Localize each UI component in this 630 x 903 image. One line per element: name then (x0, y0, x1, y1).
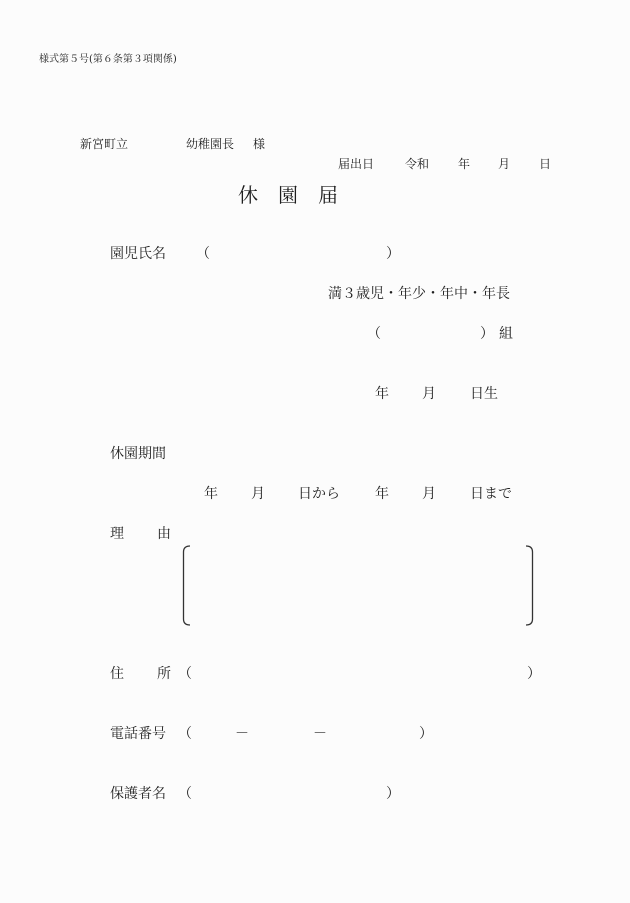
class-open-paren: （ (367, 327, 381, 341)
address-open-paren: （ (178, 667, 192, 681)
from-day-suffix[interactable]: 日から (298, 487, 340, 501)
from-month-unit[interactable]: 月 (251, 487, 265, 501)
phone-dash-2: － (313, 727, 327, 741)
birth-month-unit[interactable]: 月 (422, 387, 436, 401)
reason-input-area[interactable] (182, 545, 534, 626)
phone-dash-1: － (235, 727, 249, 741)
right-bracket-icon (524, 545, 534, 626)
address-label-char-1: 住 (110, 667, 124, 681)
to-year-unit[interactable]: 年 (375, 487, 389, 501)
guardian-close-paren: ） (386, 787, 400, 801)
birth-day-suffix[interactable]: 日生 (470, 387, 498, 401)
submission-date-era: 令和 (405, 158, 429, 170)
title-char-3: 届 (318, 185, 338, 205)
reason-label-char-1: 理 (110, 527, 124, 541)
from-year-unit[interactable]: 年 (204, 487, 218, 501)
reason-input[interactable] (196, 551, 520, 620)
form-number: 様式第５号(第６条第３項関係) (39, 55, 177, 65)
address-close-paren: ） (527, 667, 541, 681)
child-name-open-paren: （ (196, 247, 210, 261)
addressee-principal: 幼稚園長 (186, 138, 234, 150)
child-name-label: 園児氏名 (110, 247, 166, 261)
addressee-honorific: 様 (253, 138, 265, 150)
title-char-1: 休 (238, 185, 258, 205)
address-label-char-2: 所 (157, 667, 171, 681)
submission-date-month[interactable]: 月 (498, 158, 510, 170)
submission-date-label: 届出日 (338, 158, 374, 170)
phone-label: 電話番号 (110, 727, 166, 741)
to-day-suffix[interactable]: 日まで (470, 487, 512, 501)
leave-period-label: 休園期間 (110, 447, 166, 461)
reason-label-char-2: 由 (157, 527, 171, 541)
class-suffix: 組 (499, 327, 513, 341)
child-name-close-paren: ） (386, 247, 400, 261)
submission-date-day[interactable]: 日 (539, 158, 551, 170)
left-bracket-icon (182, 545, 192, 626)
submission-date-year[interactable]: 年 (458, 158, 470, 170)
grade-options[interactable]: 満３歳児・年少・年中・年長 (328, 287, 510, 301)
addressee-town: 新宮町立 (80, 138, 128, 150)
title-char-2: 園 (278, 185, 298, 205)
class-close-paren: ） (480, 327, 494, 341)
phone-close-paren: ） (419, 727, 433, 741)
phone-open-paren: （ (178, 727, 192, 741)
guardian-label: 保護者名 (110, 787, 166, 801)
to-month-unit[interactable]: 月 (422, 487, 436, 501)
birth-year-unit[interactable]: 年 (375, 387, 389, 401)
guardian-open-paren: （ (178, 787, 192, 801)
